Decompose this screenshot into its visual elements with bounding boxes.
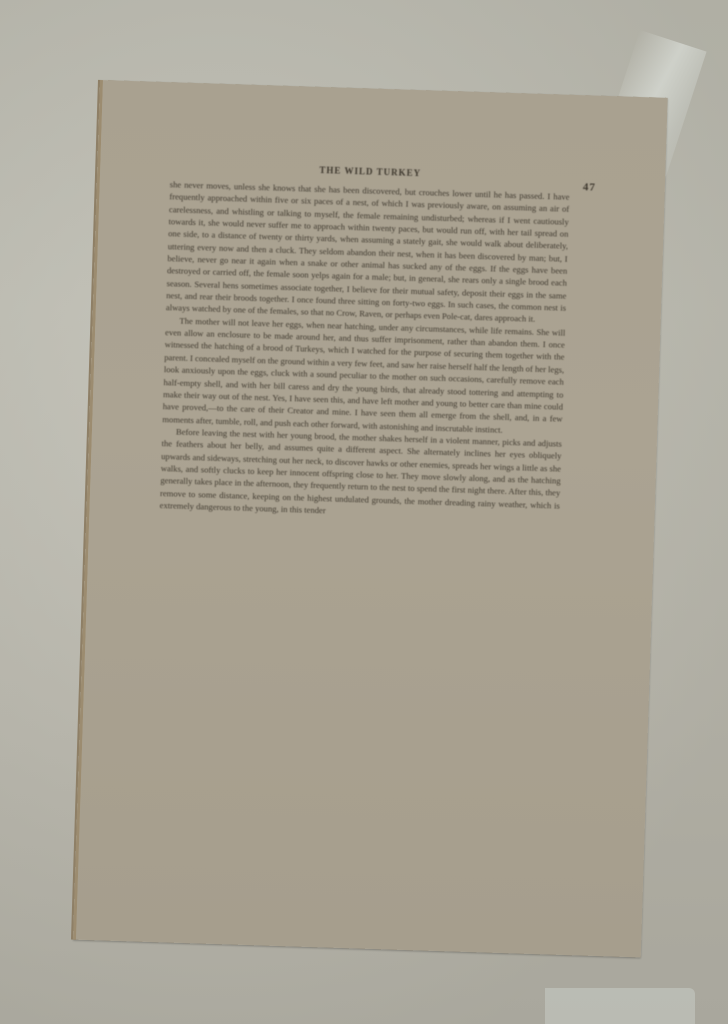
- paragraph-3: Before leaving the nest with her young b…: [159, 425, 562, 524]
- paragraph-1: she never moves, unless she knows that s…: [166, 178, 570, 326]
- adjacent-page-corner: [545, 988, 695, 1024]
- paragraph-2: The mother will not leave her eggs, when…: [162, 314, 565, 438]
- page-text-block: THE WILD TURKEY 47 she never moves, unle…: [159, 160, 570, 524]
- running-head-title: THE WILD TURKEY: [319, 165, 421, 178]
- page-number: 47: [583, 181, 596, 193]
- book-page: THE WILD TURKEY 47 she never moves, unle…: [73, 80, 668, 957]
